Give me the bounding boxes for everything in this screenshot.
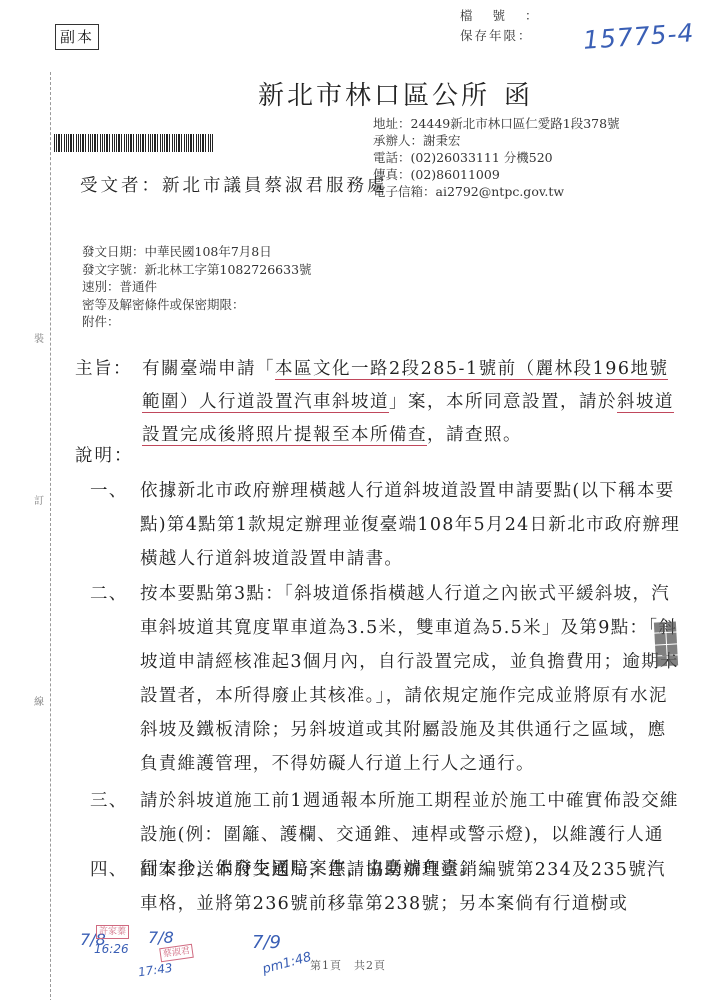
document-title: 新北市林口區公所函 [258,75,533,112]
binding-mark-xian: 線 [34,693,44,708]
handwritten-date-2: 7/8 [148,928,174,947]
archive-meta: 檔號： 保存年限： [460,6,558,46]
address: 地址：24449新北市林口區仁愛路1段378號 [373,115,620,132]
item-number: 一、 [90,474,128,508]
explanation-item-2: 二、 按本要點第3點：「斜坡道係指橫越人行道之內嵌式平緩斜坡，汽車斜坡道其寬度單… [90,577,680,781]
binding-mark-ding: 訂 [34,492,44,507]
handwritten-time-1: 16:26 [94,942,129,956]
item-text: 副本抄送本府交通局，惠請協助辦理塗銷編號第234及235號汽車格，並將第236號… [140,853,680,921]
document-type: 函 [504,81,533,111]
handwritten-date-3: 7/9 [252,932,281,953]
attachments: 附件： [82,313,312,331]
subject-section: 主旨： 有關臺端申請「本區文化一路2段285-1號前（麗林段196地號範圍）人行… [75,353,675,452]
copy-label: 副本 [55,24,99,50]
handwritten-archive-number: 15775-4 [582,18,695,55]
barcode [54,134,214,152]
handwritten-time-3: pm1:48 [261,950,313,977]
subject-label: 主旨： [75,353,132,386]
receipt-seal-2: 蔡淑君 [159,944,194,962]
delivery-speed: 速別：普通件 [82,278,312,296]
item-number: 四、 [90,853,128,887]
item-number: 二、 [90,577,128,611]
issue-date: 發文日期：中華民國108年7月8日 [82,243,312,261]
fax: 傳真：(02)86011009 [373,166,620,183]
explanation-label: 說明： [75,442,134,467]
item-number: 三、 [90,784,128,818]
official-seal-stamp [654,621,678,666]
subject-pre: 有關臺端申請「 [142,359,275,379]
page-number: 第1頁 共2頁 [310,957,386,973]
phone: 電話：(02)26033111 分機520 [373,149,620,166]
retention-period-label: 保存年限： [460,26,558,46]
archive-number-label: 檔號： [460,6,558,26]
item-text: 依據新北市政府辦理橫越人行道斜坡道設置申請要點(以下稱本要點)第4點第1款規定辦… [140,474,680,576]
issuing-agency: 新北市林口區公所 [258,81,490,111]
explanation-item-4: 四、 副本抄送本府交通局，惠請協助辦理塗銷編號第234及235號汽車格，並將第2… [90,853,680,921]
recipient: 受文者：新北市議員蔡淑君服務處 [80,172,388,197]
contact-block: 地址：24449新北市林口區仁愛路1段378號 承辦人：謝秉宏 電話：(02)2… [373,115,620,200]
document-meta: 發文日期：中華民國108年7月8日 發文字號：新北林工字第1082726633號… [82,243,312,331]
explanation-item-1: 一、 依據新北市政府辦理橫越人行道斜坡道設置申請要點(以下稱本要點)第4點第1款… [90,474,680,576]
security-level: 密等及解密條件或保密期限： [82,296,312,314]
handwritten-time-2: 17:43 [137,961,173,980]
receipt-seal-1: 許家蓁 [96,925,129,939]
item-text: 按本要點第3點：「斜坡道係指橫越人行道之內嵌式平緩斜坡，汽車斜坡道其寬度單車道為… [140,577,680,781]
document-number: 發文字號：新北林工字第1082726633號 [82,261,312,279]
subject-text: 有關臺端申請「本區文化一路2段285-1號前（麗林段196地號範圍）人行道設置汽… [142,353,675,452]
officer: 承辦人：謝秉宏 [373,132,620,149]
binding-mark-zhuang: 裝 [34,330,44,345]
email: 電子信箱：ai2792@ntpc.gov.tw [373,183,620,200]
subject-post: ，請查照。 [427,425,522,445]
subject-mid: 」案，本所同意設置，請於 [389,392,617,412]
binding-line [50,72,51,1000]
